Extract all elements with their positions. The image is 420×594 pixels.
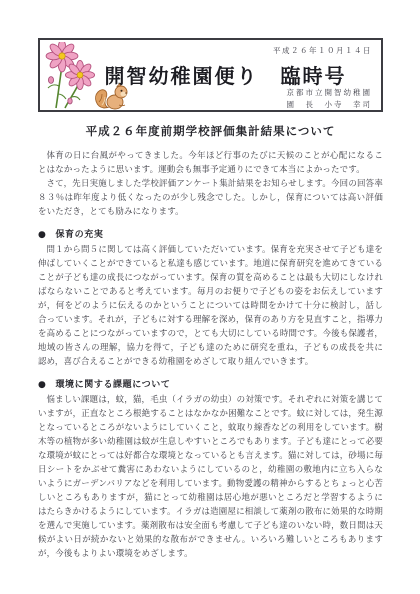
masthead: 平成２６年１０月１４日 開智幼稚園便り 臨時号 京都市立開智幼稚園 園 長 小寺… [38,38,383,112]
section-environment-title: 環境に関する課題について [55,378,170,392]
issue-date: 平成２６年１０月１４日 [273,45,372,56]
section-childcare-body: 問１から問５に関しては高く評価していただいています。保育を充実させて子ども達を伸… [38,242,383,368]
bullet-icon: ● [38,228,46,242]
document-heading: 平成２６年度前期学校評価集計結果について [38,123,383,139]
section-environment-body: 悩ましい課題は，蚊，猫，毛虫（イラガの幼虫）の対策です。それぞれに対策を講じてい… [38,392,383,560]
bullet-icon: ● [38,378,46,392]
principal-name: 園 長 小寺 幸司 [287,99,373,110]
section-childcare: ● 保育の充実 問１から問５に関しては高く評価していただいています。保育を充実さ… [38,228,383,368]
section-childcare-title: 保育の充実 [55,228,103,242]
section-environment-heading: ● 環境に関する課題について [38,378,383,392]
section-environment: ● 環境に関する課題について 悩ましい課題は，蚊，猫，毛虫（イラガの幼虫）の対策… [38,378,383,560]
school-name: 京都市立開智幼稚園 [287,87,373,98]
newsletter-page: 平成２６年１０月１４日 開智幼稚園便り 臨時号 京都市立開智幼稚園 園 長 小寺… [0,0,420,594]
cosmos-flowers-icon [44,42,98,111]
squirrel-icon [92,83,130,110]
intro-paragraph-2: さて，先日実施しました学校評価アンケート集計結果をお知らせします。今回の回答率８… [38,176,383,218]
section-childcare-heading: ● 保育の充実 [38,228,383,242]
intro-block: 体育の日に台風がやってきました。今年ほど行事のたびに天候のことが心配になることは… [38,148,383,218]
intro-paragraph-1: 体育の日に台風がやってきました。今年ほど行事のたびに天候のことが心配になることは… [38,148,383,176]
